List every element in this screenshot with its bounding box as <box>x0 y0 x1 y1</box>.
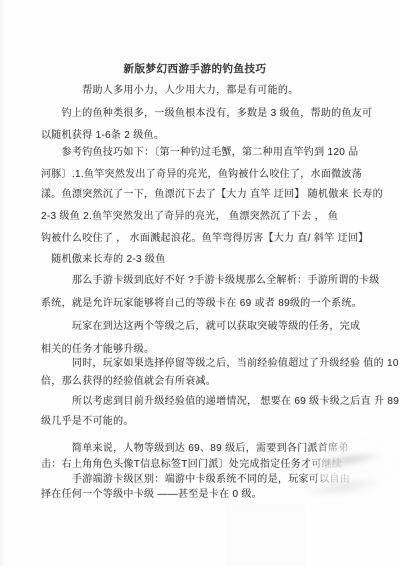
text-line: 系统，就是允许玩家能够将自己的等级卡在 69 或者 89级的一个系统。 <box>41 298 381 321</box>
faint-artifact <box>225 505 305 566</box>
text-line: 玩家在到达这两个等级之后，就可以获取突破等级的任务，完成 <box>41 321 381 344</box>
text-line: 简单来说，人物等级到达 69、89 级后，需要到各门派首席弟 <box>41 443 381 459</box>
text-line: 择在任何一个等级中卡级 ——甚至是卡在 0 级。 <box>41 489 381 504</box>
text-line: 钓上的鱼种类很多，一级鱼根本没有，多数是 3 级鱼，帮助的鱼友可 <box>41 108 381 130</box>
text-line: 相关的任务才能够升级。 <box>41 344 381 358</box>
text-line: 参考钓鱼技巧如下：〔第一种钓过毛蟹，第二种用直竿钓到 120 品 <box>41 147 381 169</box>
text-line: 那么手游卡级到底好不好 ?手游卡级规那么全解析：手游所谓的卡级 <box>41 275 381 298</box>
text-line: 钩被什么咬住了 ， 水面溅起浪花。鱼竿弯得厉害【大力 直/ 斜竿 迂回】 <box>41 233 381 254</box>
document-page: 新版梦幻西游手游的钓鱼技巧 帮助人多用小力，人少用大力，都是有可能的。 钓上的鱼… <box>0 0 400 566</box>
text-line: 河豚〕.1.鱼竿突然发出了奇异的亮光，鱼钩被什么咬住了，水面微波荡 <box>41 169 381 189</box>
text-line: 倍，那么获得的经验值就会有所衰减。 <box>41 376 381 396</box>
text-line: 以随机获得 1-6条 2 级鱼。 <box>41 130 381 147</box>
text-line: 2-3 级鱼 2.鱼竿突然发出了奇异的亮光， 鱼漂突然沉了下去 ， 鱼 <box>41 211 381 233</box>
text-line: 同时，玩家如果选择停留等级之后，当前经验值超过了升级经验 值的 10 <box>41 358 381 376</box>
text-line: 手游端游卡级区别：端游中卡级系统不同的是，玩家可以自由 <box>41 474 381 489</box>
text-line: 击：右上角角色头像T信息标签T回门派〕处完成指定任务才可继续 <box>41 459 381 474</box>
text-line: 漾。鱼漂突然沉了一下，鱼漂沉下去了【大力 直竿 迂回】 随机傲来 长寿的 <box>41 189 381 211</box>
text-line: 帮助人多用小力，人少用大力，都是有可能的。 <box>41 85 381 108</box>
text-line: 级几乎是不可能的。 <box>41 416 381 443</box>
text-lines: 帮助人多用小力，人少用大力，都是有可能的。 钓上的鱼种类很多，一级鱼根本没有，多… <box>41 85 381 504</box>
text-line: 随机傲来长寿的 2-3 级鱼 <box>41 254 381 275</box>
text-line: 所以考虑到目前升级经验值的递增情况， 想要在 69 级卡级之后直 升 89 <box>41 396 381 416</box>
document-title: 新版梦幻西游手游的钓鱼技巧 <box>0 61 390 76</box>
photo-edge-shade <box>0 0 6 566</box>
